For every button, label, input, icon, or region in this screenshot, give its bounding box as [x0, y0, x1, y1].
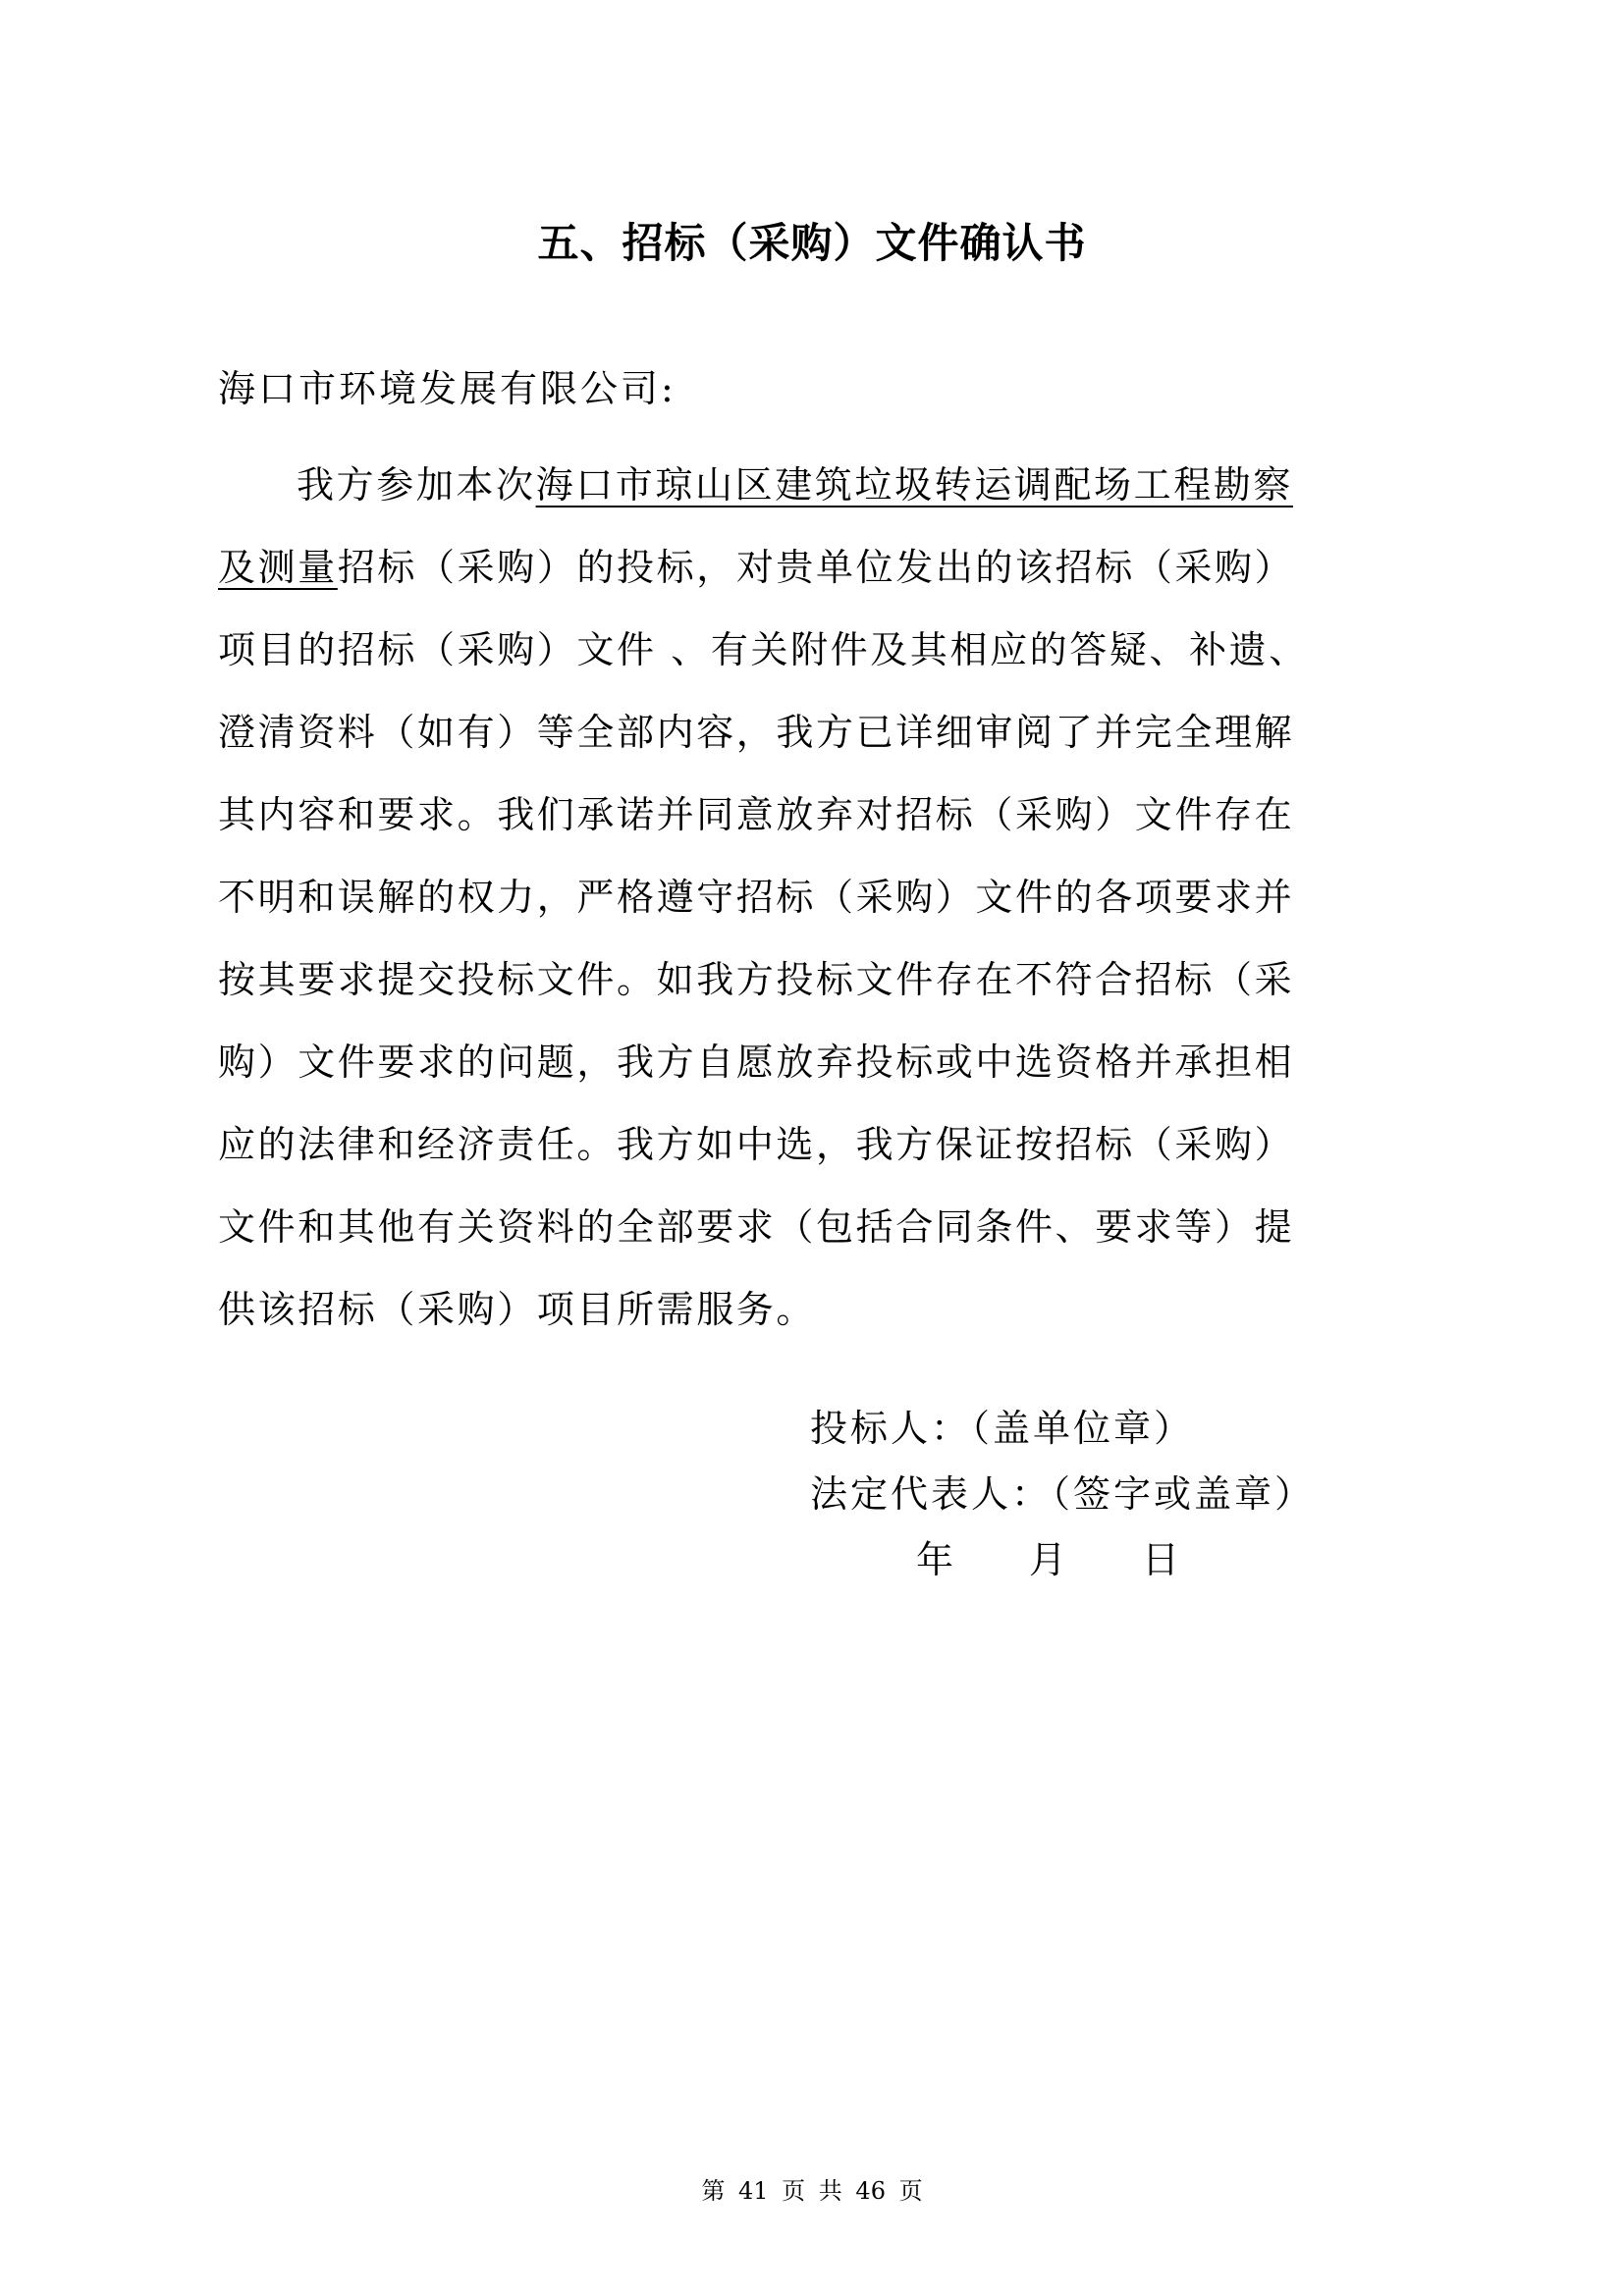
- legal-rep-sign-note: （签字或盖章）: [1052, 1472, 1315, 1516]
- legal-rep-label: 法定代表人：: [810, 1472, 1052, 1516]
- signature-block: 投标人：（盖单位章） 法定代表人：（签字或盖章） 年月日: [810, 1396, 1315, 1593]
- salutation: 海口市环境发展有限公司:: [218, 361, 677, 416]
- body-line-5: 其内容和要求。我们承诺并同意放弃对招标（采购）文件存在: [218, 774, 1418, 856]
- document-page: 五、招标（采购）文件确认书 海口市环境发展有限公司: 我方参加本次海口市琼山区建…: [0, 0, 1624, 2296]
- year-label: 年: [916, 1527, 956, 1593]
- document-title: 五、招标（采购）文件确认书: [0, 214, 1624, 273]
- body-line-3: 项目的招标（采购）文件 、有关附件及其相应的答疑、补遗、: [218, 609, 1418, 691]
- bidder-row: 投标人：（盖单位章）: [810, 1396, 1315, 1462]
- body-line-7: 按其要求提交投标文件。如我方投标文件存在不符合招标（采: [218, 938, 1418, 1021]
- bidder-label: 投标人：: [810, 1407, 971, 1450]
- body-paragraph: 我方参加本次海口市琼山区建筑垃圾转运调配场工程勘察 及测量招标（采购）的投标，对…: [218, 444, 1418, 1351]
- month-label: 月: [1029, 1527, 1069, 1593]
- bidder-seal-note: （盖单位章）: [971, 1407, 1194, 1450]
- body-line-10: 文件和其他有关资料的全部要求（包括合同条件、要求等）提: [218, 1186, 1418, 1268]
- body-line-2-suffix: 招标（采购）的投标，对贵单位发出的该招标（采购）: [338, 546, 1294, 589]
- body-line-1: 我方参加本次海口市琼山区建筑垃圾转运调配场工程勘察: [218, 444, 1418, 526]
- legal-rep-row: 法定代表人：（签字或盖章）: [810, 1462, 1315, 1527]
- day-label: 日: [1142, 1527, 1182, 1593]
- body-line-8: 购）文件要求的问题，我方自愿放弃投标或中选资格并承担相: [218, 1021, 1418, 1103]
- body-line-2: 及测量招标（采购）的投标，对贵单位发出的该招标（采购）: [218, 526, 1418, 609]
- body-line-11: 供该招标（采购）项目所需服务。: [218, 1268, 1418, 1351]
- body-line-6: 不明和误解的权力，严格遵守招标（采购）文件的各项要求并: [218, 856, 1418, 938]
- body-line-4: 澄清资料（如有）等全部内容，我方已详细审阅了并完全理解: [218, 691, 1418, 774]
- project-name-underlined-part1: 海口市琼山区建筑垃圾转运调配场工程勘察: [536, 463, 1293, 507]
- project-name-underlined-part2: 及测量: [218, 546, 338, 589]
- body-line-1-prefix: 我方参加本次: [297, 463, 536, 507]
- date-row: 年月日: [810, 1527, 1315, 1593]
- page-number-footer: 第 41 页 共 46 页: [0, 2173, 1624, 2209]
- body-line-9: 应的法律和经济责任。我方如中选，我方保证按招标（采购）: [218, 1103, 1418, 1186]
